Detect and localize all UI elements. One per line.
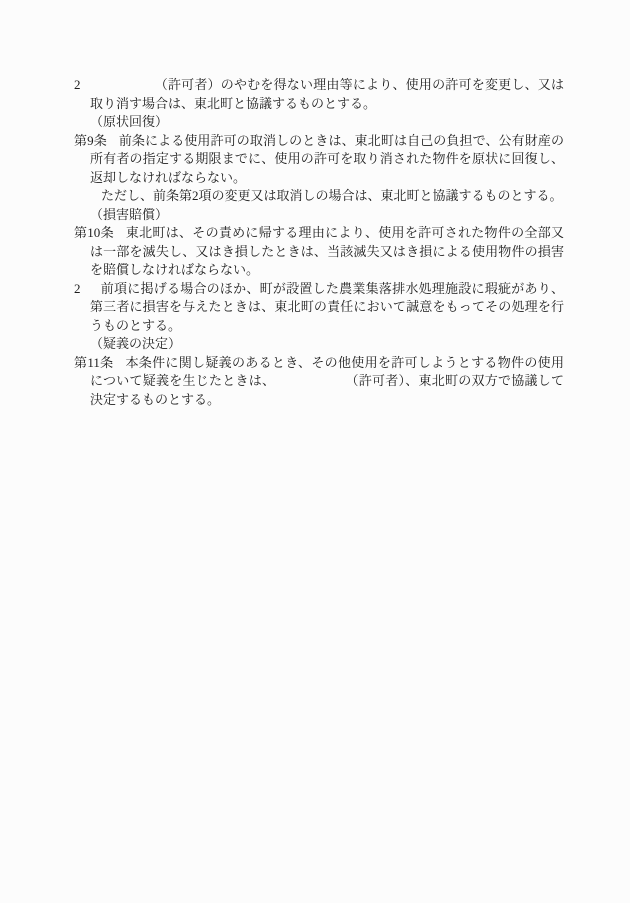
numbered-paragraph: 2前項に掲げる場合のほか、町が設置した農業集落排水処理施設に瑕疵があり、第三者に… — [74, 280, 564, 336]
clause-heading-text: （疑義の決定） — [90, 336, 181, 351]
clause-heading: （損害賠償） — [74, 206, 564, 225]
paragraph-text: （許可者）のやむを得ない理由等により、使用の許可を変更し、又は取り消す場合は、東… — [90, 77, 564, 111]
clause-heading: （疑義の決定） — [74, 335, 564, 354]
clause-heading-text: （損害賠償） — [90, 207, 168, 222]
article-paragraph: 第10条東北町は、その責めに帰する理由により、使用を許可された物件の全部又は一部… — [74, 224, 564, 280]
clause-heading: （原状回復） — [74, 113, 564, 132]
article-number: 第11条 — [74, 355, 113, 370]
proviso-text: ただし、前条第2項の変更又は取消しの場合は、東北町と協議するものとする。 — [101, 188, 563, 203]
article-text: 東北町は、その責めに帰する理由により、使用を許可された物件の全部又は一部を滅失し… — [90, 225, 564, 277]
paragraph-text: 前項に掲げる場合のほか、町が設置した農業集落排水処理施設に瑕疵があり、第三者に損… — [90, 281, 564, 333]
article-number: 第9条 — [74, 133, 107, 148]
article-number: 第10条 — [74, 225, 114, 240]
proviso: ただし、前条第2項の変更又は取消しの場合は、東北町と協議するものとする。 — [74, 187, 564, 206]
article-paragraph: 第9条前条による使用許可の取消しのときは、東北町は自己の負担で、公有財産の所有者… — [74, 132, 564, 188]
article-paragraph: 第11条本条件に関し疑義のあるとき、その他使用を許可しようとする物件の使用につい… — [74, 354, 564, 410]
document-page: 2（許可者）のやむを得ない理由等により、使用の許可を変更し、又は取り消す場合は、… — [0, 0, 630, 903]
numbered-paragraph: 2（許可者）のやむを得ない理由等により、使用の許可を変更し、又は取り消す場合は、… — [74, 76, 564, 113]
paragraph-number: 2 — [74, 77, 81, 92]
paragraph-number: 2 — [74, 281, 81, 296]
clause-heading-text: （原状回復） — [90, 114, 168, 129]
article-text: 前条による使用許可の取消しのときは、東北町は自己の負担で、公有財産の所有者の指定… — [90, 133, 564, 185]
